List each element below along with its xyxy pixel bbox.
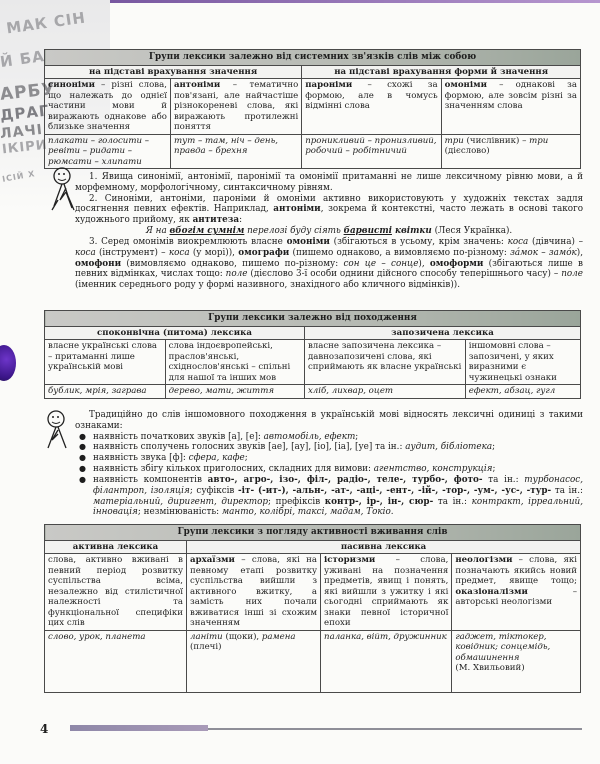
table-title: Групи лексики з погляду активності вжива… <box>45 525 581 541</box>
thinking-figure-icon <box>42 410 78 454</box>
group-header: споконвічна (питома) лексика <box>45 326 305 339</box>
features-list: наявність початкових звуків [а], [е]: ав… <box>75 432 583 519</box>
note-paragraph-homonyms: 3. Серед омонімів виокремлюють власне ом… <box>75 237 583 291</box>
collage-fragment: ІСІЙ Х <box>1 169 36 184</box>
examples-cell: тут – там, ніч – день, правда – брехня <box>170 134 301 168</box>
table-row-definitions: слова, активно вживані в певний період р… <box>45 554 581 630</box>
table-row-examples: бублик, мрія, заграва дерево, мати, житт… <box>45 385 581 398</box>
group-header: пасивна лексика <box>187 540 581 553</box>
examples-cell: гаджет, тікток­ер, ковідник; сонцемідь, … <box>452 630 581 692</box>
definition-cell: власне запозичена лексика – давнозапозич… <box>304 340 465 385</box>
definition-cell: архаїзми – слова, які на певному етапі р… <box>187 554 321 630</box>
definition-cell: слова, активно вживані в певний період р… <box>45 554 187 630</box>
table-row-definitions: власне українські слова – притаманні лиш… <box>45 340 581 385</box>
collage-fragment: ДРАГ <box>0 101 50 124</box>
definition-cell: антоніми – тематично пов'язані, але найч… <box>170 79 301 134</box>
table-row-examples: плакати – голосити – ревіти – ридати – р… <box>45 134 581 168</box>
definition-cell: слова індоєвропейські, праслов'янські, с… <box>165 340 304 385</box>
collage-fragment: Й БА <box>0 47 46 71</box>
examples-cell: проникливий – пронизливий, робочий – роб… <box>302 134 441 168</box>
examples-cell: бублик, мрія, заграва <box>45 385 166 398</box>
examples-cell: паланка, війт, дружинник <box>321 630 452 692</box>
examples-cell: хліб, лихвар, оцет <box>304 385 465 398</box>
group-header: на підставі врахування значення <box>45 65 302 78</box>
decorative-dot <box>0 345 16 381</box>
collage-fragment: ІКІРИ <box>1 138 48 158</box>
group-header: запозичена лексика <box>304 326 580 339</box>
definition-cell: пароніми – схожі за формою, але в чомусь… <box>302 79 441 134</box>
definition-cell: іншомовні слова – запозичені, у яких вир… <box>465 340 580 385</box>
table-systemic-relations: Групи лексики залежно від системних зв'я… <box>44 49 581 169</box>
table-row-definitions: синоніми – різні слова, що належать до о… <box>45 79 581 134</box>
quote-line: Я на вбогім сумнім перелозі буду сіять б… <box>75 226 583 237</box>
group-header: активна лексика <box>45 540 187 553</box>
footer-bar <box>70 725 208 731</box>
note-paragraph: Традиційно до слів іншомовного походженн… <box>75 410 583 432</box>
footer-rule <box>208 728 582 730</box>
table-title: Групи лексики залежно від системних зв'я… <box>45 50 581 66</box>
feature-item: наявність звука [ф]: сфера, кафе; <box>75 453 583 464</box>
table-title: Групи лексики залежно від походження <box>45 311 581 327</box>
definition-cell: синоніми – різні слова, що належать до о… <box>45 79 171 134</box>
page-number: 4 <box>40 722 48 736</box>
examples-cell: слово, урок, планета <box>45 630 187 692</box>
feature-item: наявність збігу кількох приголосних, скл… <box>75 464 583 475</box>
examples-cell: ефект, абзац, гугл <box>465 385 580 398</box>
definition-cell: неологізми – слова, які позначають якийс… <box>452 554 581 630</box>
examples-cell: плакати – голосити – ревіти – ридати – р… <box>45 134 171 168</box>
examples-cell: три (числівник) – три (дієслово) <box>441 134 580 168</box>
examples-cell: дерево, мати, життя <box>165 385 304 398</box>
definition-cell: омоніми – однакові за формою, але зовсім… <box>441 79 580 134</box>
notes-foreign-words: Традиційно до слів іншомовного походженн… <box>75 410 583 518</box>
table-origin: Групи лексики залежно від походження спо… <box>44 310 581 399</box>
definition-cell: власне українські слова – притаманні лиш… <box>45 340 166 385</box>
note-paragraph: 1. Явища синонімії, антонімії, паронімії… <box>75 172 583 194</box>
table-activity: Групи лексики з погляду активності вжива… <box>44 524 581 693</box>
table-row-examples: слово, урок, планета ланіти (щоки), раме… <box>45 630 581 692</box>
feature-item: наявність компонентів авто-, агро-, ізо-… <box>75 475 583 518</box>
group-header: на підставі врахування форми й значення <box>302 65 581 78</box>
collage-fragment: МАК СІН <box>5 9 87 38</box>
note-paragraph: 2. Синоніми, антоніми, пароніми й омонім… <box>75 194 583 226</box>
definition-cell: історизми – слова, уживані на позначення… <box>321 554 452 630</box>
examples-cell: ланіти (щоки), рамена (плечі) <box>187 630 321 692</box>
notes-lexical-relations: 1. Явища синонімії, антонімії, паронімії… <box>75 172 583 291</box>
feature-item: наявність сполучень голосних звуків [ае]… <box>75 442 583 453</box>
feature-item: наявність початкових звуків [а], [е]: ав… <box>75 432 583 443</box>
